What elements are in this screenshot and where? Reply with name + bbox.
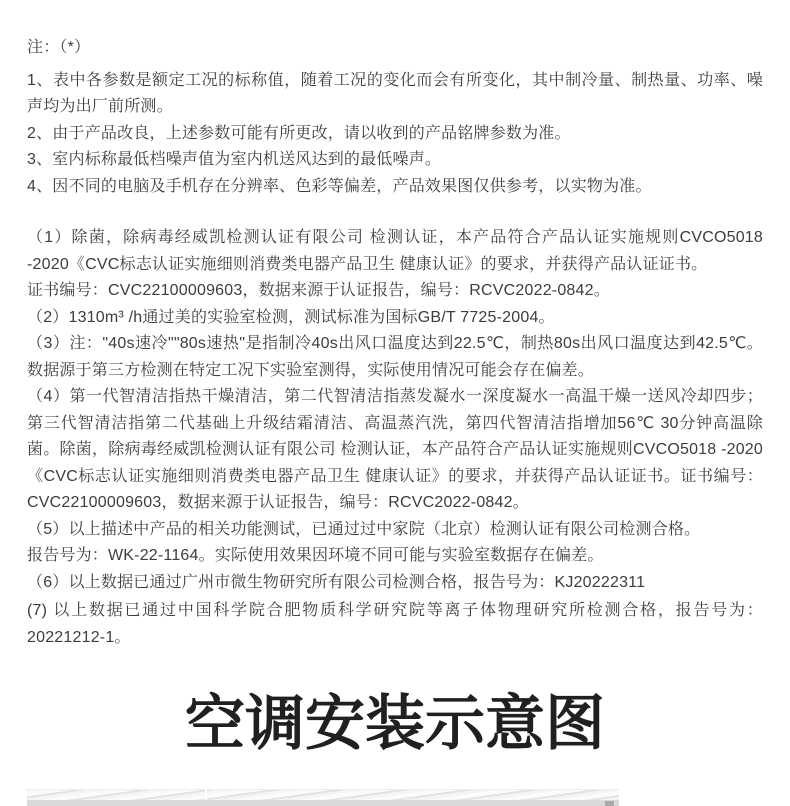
cert-note-4: （4）第一代智清洁指热干燥清洁，第二代智清洁指蒸发凝水一深度凝水一高温干燥一送风… (27, 384, 763, 517)
cert-note-5: （5）以上描述中产品的相关功能测试，已通过过中家院（北京）检测认证有限公司检测合… (27, 517, 763, 544)
installation-diagram-preview (27, 789, 619, 806)
general-notes-list: 1、表中各参数是额定工况的标称值，随着工况的变化而会有所变化，其中制冷量、制热量… (27, 68, 763, 201)
general-note-3: 3、室内标称最低档噪声值为室内机送风达到的最低噪声。 (27, 147, 763, 174)
cert-note-1: （1）除菌，除病毒经威凯检测认证有限公司 检测认证，本产品符合产品认证实施规则C… (27, 225, 763, 278)
notes-header: 注：（*） (27, 35, 763, 62)
cert-note-5-report-number: 报告号为：WK-22-1164。实际使用效果因环境不同可能与实验室数据存在偏差。 (27, 543, 763, 570)
ceiling-panel-divider (205, 789, 207, 800)
cert-note-2: （2）1310m³ /h通过美的实验室检测，测试标准为国标GB/T 7725-2… (27, 305, 763, 332)
cert-note-6: （6）以上数据已通过广州市微生物研究所有限公司检测合格，报告号为：KJ20222… (27, 570, 763, 597)
cert-note-7: (7) 以上数据已通过中国科学院合肥物质科学研究院等离子体物理研究所检测合格，报… (27, 598, 763, 651)
certification-notes-list: （1）除菌，除病毒经威凯检测认证有限公司 检测认证，本产品符合产品认证实施规则C… (27, 225, 763, 651)
general-note-1: 1、表中各参数是额定工况的标称值，随着工况的变化而会有所变化，其中制冷量、制热量… (27, 68, 763, 121)
cert-note-1-certificate-number: 证书编号：CVC22100009603，数据来源于认证报告，编号：RCVC202… (27, 278, 763, 305)
ceiling-bar (27, 800, 619, 806)
installation-diagram-heading: 空调安装示意图 (27, 693, 763, 755)
general-note-4: 4、因不同的电脑及手机存在分辨率、色彩等偏差，产品效果图仅供参考，以实物为准。 (27, 174, 763, 201)
notes-document: 注：（*） 1、表中各参数是额定工况的标称值，随着工况的变化而会有所变化，其中制… (27, 35, 763, 755)
general-note-2: 2、由于产品改良，上述参数可能有所更改，请以收到的产品铭牌参数为准。 (27, 121, 763, 148)
ceiling-corner-mark (605, 801, 614, 806)
product-notes-page: 注：（*） 1、表中各参数是额定工况的标称值，随着工况的变化而会有所变化，其中制… (0, 0, 790, 806)
cert-note-3: （3）注："40s速冷""80s速热"是指制冷40s出风口温度达到22.5℃，制… (27, 331, 763, 384)
ceiling-hatch-texture (27, 789, 619, 800)
